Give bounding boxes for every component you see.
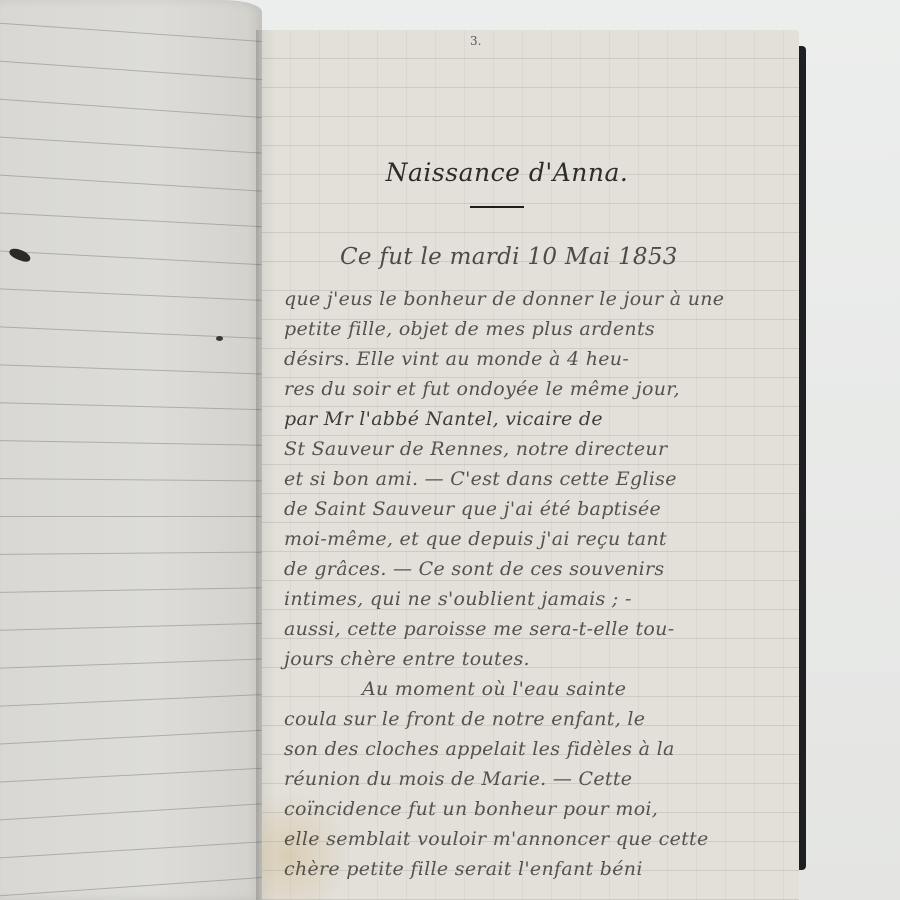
ruled-line <box>0 440 262 446</box>
ruled-line <box>0 98 262 119</box>
text-line: petite fille, objet de mes plus ardents <box>284 318 655 340</box>
ruled-line <box>0 622 262 631</box>
text-line: coula sur le front de notre enfant, le <box>284 708 645 730</box>
ruled-line <box>0 876 262 897</box>
text-line: coïncidence fut un bonheur pour moi, <box>284 798 658 820</box>
ruled-line <box>0 22 262 43</box>
ruled-line <box>0 516 262 517</box>
ruled-line <box>0 174 262 193</box>
text-line: réunion du mois de Marie. — Cette <box>284 768 632 790</box>
text-line: elle semblait vouloir m'annoncer que cet… <box>284 828 709 850</box>
text-line: jours chère entre toutes. <box>284 648 530 670</box>
ruled-line <box>0 693 262 707</box>
right-page: 3. Naissance d'Anna. Ce fut le mardi 10 … <box>262 30 799 900</box>
ruled-line <box>0 250 262 266</box>
ruled-line <box>0 658 262 669</box>
title-divider <box>470 206 524 208</box>
ruled-line <box>0 551 262 555</box>
text-line: son des cloches appelait les fidèles à l… <box>284 738 675 760</box>
text-line: intimes, qui ne s'oublient jamais ; - <box>284 588 632 610</box>
text-line: chère petite fille serait l'enfant béni <box>284 858 643 880</box>
ink-dot <box>216 336 223 341</box>
ruled-line <box>0 212 262 228</box>
ruled-line <box>0 840 262 859</box>
page-title: Naissance d'Anna. <box>382 158 632 187</box>
page-number: 3. <box>470 34 481 48</box>
text-line: et si bon ami. — C'est dans cette Eglise <box>284 468 677 490</box>
text-line: St Sauveur de Rennes, notre directeur <box>284 438 667 460</box>
ruled-line <box>0 402 262 411</box>
ruled-line <box>0 60 262 81</box>
text-line: Au moment où l'eau sainte <box>362 678 626 700</box>
ruled-line <box>0 136 262 155</box>
left-page <box>0 0 262 900</box>
text-line: par Mr l'abbé Nantel, vicaire de <box>284 408 603 430</box>
ruled-line <box>0 288 262 302</box>
text-line: moi-même, et que depuis j'ai reçu tant <box>284 528 667 550</box>
ruled-line <box>0 587 262 593</box>
text-line: aussi, cette paroisse me sera-t-elle tou… <box>284 618 674 640</box>
ruled-line <box>0 802 262 821</box>
ruled-line <box>0 767 262 783</box>
text-line: de Saint Sauveur que j'ai été baptisée <box>284 498 661 520</box>
text-line: désirs. Elle vint au monde à 4 heu- <box>284 348 629 370</box>
ruled-line <box>0 478 262 482</box>
text-line: de grâces. — Ce sont de ces souvenirs <box>284 558 664 580</box>
text-line: res du soir et fut ondoyée le même jour, <box>284 378 680 400</box>
ruled-line <box>0 729 262 745</box>
text-line: que j'eus le bonheur de donner le jour à… <box>284 288 724 310</box>
text-line: Ce fut le mardi 10 Mai 1853 <box>340 244 678 270</box>
ruled-line <box>0 364 262 375</box>
ink-blot <box>8 247 32 264</box>
